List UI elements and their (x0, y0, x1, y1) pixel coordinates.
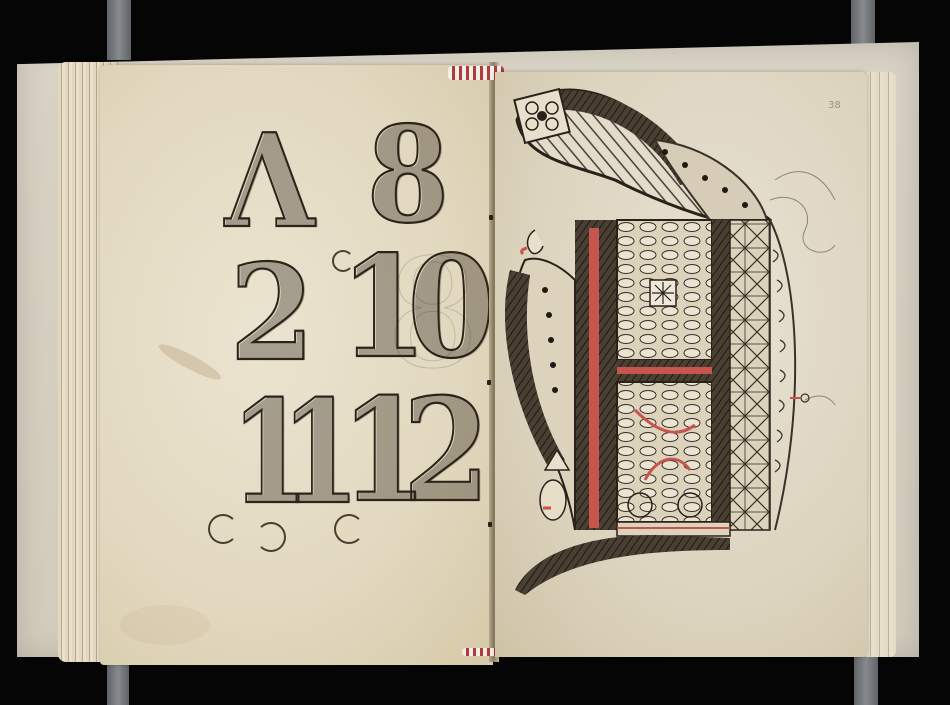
flourish-swirl (256, 522, 286, 552)
sewing-hole (489, 215, 493, 220)
numeral-twelve: 12 (340, 380, 465, 522)
grotesque-face-upper (528, 230, 543, 254)
flourish-swirl (334, 514, 364, 544)
support-strap-left-top (107, 0, 131, 60)
numeral-nine: 2 (230, 248, 315, 380)
numeral-seven: Λ (225, 118, 314, 246)
stain (120, 605, 210, 645)
support-strap-right-top (851, 0, 875, 48)
base-swoop (515, 535, 730, 595)
sewing-hole (487, 380, 491, 385)
flourish-swirl (332, 250, 354, 272)
numeral-eleven: 11 (231, 382, 331, 524)
page-edges-right (866, 72, 896, 657)
stain (156, 339, 224, 384)
decorated-initial-illustration (505, 80, 860, 600)
support-strap-right-bottom (854, 655, 878, 705)
numeral-ten: 10 (340, 238, 476, 378)
numeral-eight: 8 (367, 110, 450, 242)
support-strap-left-bottom (107, 660, 129, 705)
small-flower-ornament (790, 394, 809, 402)
flourish-swirl (208, 514, 238, 544)
sewing-hole (488, 522, 492, 527)
